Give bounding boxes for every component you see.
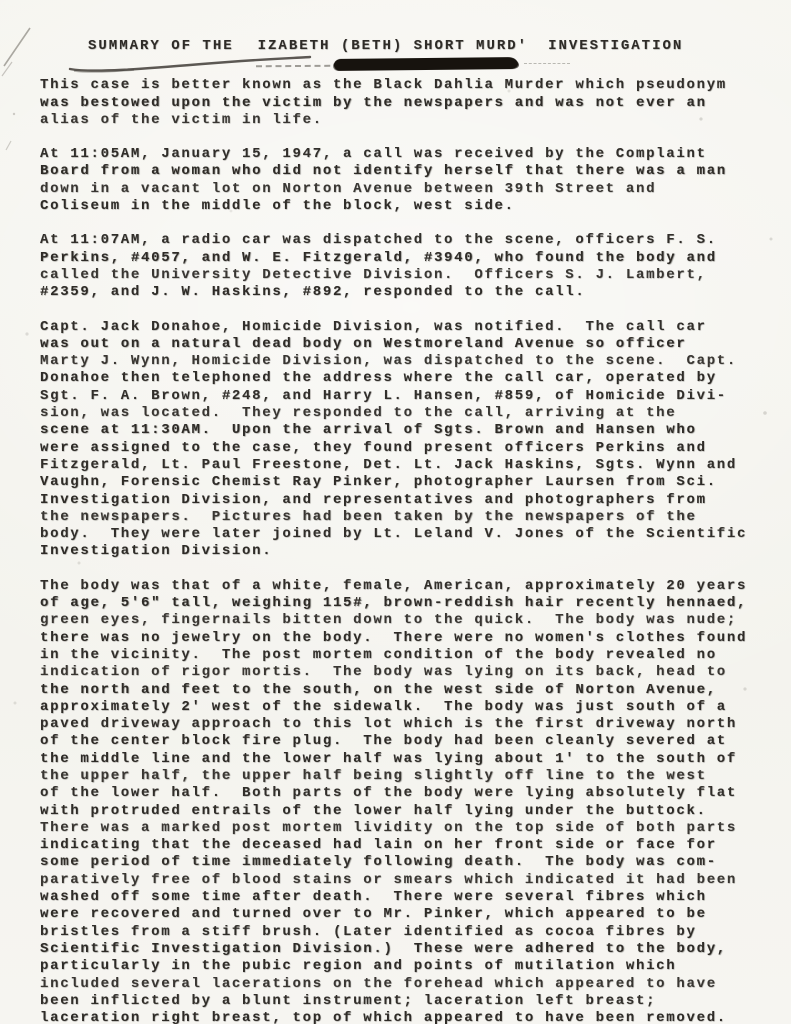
- text-line: included several lacerations on the fore…: [40, 976, 767, 993]
- ink-blot-redaction-mark: [334, 57, 518, 71]
- text-line: sion, was located. They responded to the…: [40, 405, 767, 422]
- text-line: some period of time immediately followin…: [40, 854, 767, 871]
- text-line: Investigation Division.: [40, 543, 767, 560]
- paragraph: At 11:07AM, a radio car was dispatched t…: [40, 232, 767, 301]
- text-line: Board from a woman who did not identify …: [40, 163, 767, 180]
- text-line: Donahoe then telephoned the address wher…: [40, 370, 767, 387]
- text-line: was bestowed upon the victim by the news…: [40, 95, 767, 112]
- text-line: #2359, and J. W. Haskins, #892, responde…: [40, 284, 767, 301]
- paragraph: At 11:05AM, January 15, 1947, a call was…: [40, 146, 767, 215]
- text-line: with protruded entrails of the lower hal…: [40, 803, 767, 820]
- text-line: called the University Detective Division…: [40, 267, 767, 284]
- text-line: Fitzgerald, Lt. Paul Freestone, Det. Lt.…: [40, 457, 767, 474]
- document-title: SUMMARY OF THE IZABETH (BETH) SHORT MURD…: [40, 38, 767, 55]
- text-line: there was no jewelry on the body. There …: [40, 630, 767, 647]
- document-page: SUMMARY OF THE IZABETH (BETH) SHORT MURD…: [0, 0, 791, 1024]
- text-line: Vaughn, Forensic Chemist Ray Pinker, pho…: [40, 474, 767, 491]
- text-line: The body was that of a white, female, Am…: [40, 578, 767, 595]
- text-line: washed off some time after death. There …: [40, 889, 767, 906]
- text-line: the upper half, the upper half being sli…: [40, 768, 767, 785]
- pencil-underline-mark: [64, 54, 314, 74]
- text-line: of the center block fire plug. The body …: [40, 733, 767, 750]
- text-line: Coliseum in the middle of the block, wes…: [40, 198, 767, 215]
- paragraph: The body was that of a white, female, Am…: [40, 578, 767, 1024]
- text-line: approximately 2' west of the sidewalk. T…: [40, 699, 767, 716]
- text-line: Sgt. F. A. Brown, #248, and Harry L. Han…: [40, 388, 767, 405]
- text-line: in the vicinity. The post mortem conditi…: [40, 647, 767, 664]
- text-line: the north and feet to the south, on the …: [40, 682, 767, 699]
- text-line: laceration right breast, top of which ap…: [40, 1010, 767, 1024]
- title-part-summary: SUMMARY OF THE: [88, 38, 234, 55]
- text-line: was out on a natural dead body on Westmo…: [40, 336, 767, 353]
- text-line: Investigation Division, and representati…: [40, 492, 767, 509]
- title-part-victim-name: IZABETH (BETH) SHORT MURD': [258, 38, 528, 55]
- paragraph: Capt. Jack Donahoe, Homicide Division, w…: [40, 319, 767, 561]
- text-line: At 11:07AM, a radio car was dispatched t…: [40, 232, 767, 249]
- text-line: down in a vacant lot on Norton Avenue be…: [40, 181, 767, 198]
- text-line: body. They were later joined by Lt. Lela…: [40, 526, 767, 543]
- text-line: Marty J. Wynn, Homicide Division, was di…: [40, 353, 767, 370]
- text-line: paved driveway approach to this lot whic…: [40, 716, 767, 733]
- text-line: of age, 5'6" tall, weighing 115#, brown-…: [40, 595, 767, 612]
- title-part-investigation: INVESTIGATION: [548, 38, 683, 55]
- text-line: paratively free of blood stains or smear…: [40, 872, 767, 889]
- text-line: Scientific Investigation Division.) Thes…: [40, 941, 767, 958]
- text-line: the middle line and the lower half was l…: [40, 751, 767, 768]
- text-line: This case is better known as the Black D…: [40, 77, 767, 94]
- text-line: At 11:05AM, January 15, 1947, a call was…: [40, 146, 767, 163]
- dashed-underline-mark: [256, 65, 340, 68]
- text-line: alias of the victim in life.: [40, 112, 767, 129]
- text-line: the newspapers. Pictures had been taken …: [40, 509, 767, 526]
- paper-speckles: [0, 0, 2, 2]
- text-line: scene at 11:30AM. Upon the arrival of Sg…: [40, 422, 767, 439]
- text-line: green eyes, fingernails bitten down to t…: [40, 612, 767, 629]
- text-line: Perkins, #4057, and W. E. Fitzgerald, #3…: [40, 250, 767, 267]
- document-body: This case is better known as the Black D…: [40, 77, 767, 1024]
- text-line: bristles from a stiff brush. (Later iden…: [40, 924, 767, 941]
- faint-dash-mark: [524, 63, 570, 64]
- paragraph: This case is better known as the Black D…: [40, 77, 767, 129]
- text-line: particularly in the pubic region and poi…: [40, 958, 767, 975]
- text-line: of the lower half. Both parts of the bod…: [40, 785, 767, 802]
- text-line: Capt. Jack Donahoe, Homicide Division, w…: [40, 319, 767, 336]
- text-line: were recovered and turned over to Mr. Pi…: [40, 906, 767, 923]
- text-line: indicating that the deceased had lain on…: [40, 837, 767, 854]
- text-line: indication of rigor mortis. The body was…: [40, 664, 767, 681]
- text-line: There was a marked post mortem lividity …: [40, 820, 767, 837]
- text-line: been inflicted by a blunt instrument; la…: [40, 993, 767, 1010]
- text-line: were assigned to the case, they found pr…: [40, 440, 767, 457]
